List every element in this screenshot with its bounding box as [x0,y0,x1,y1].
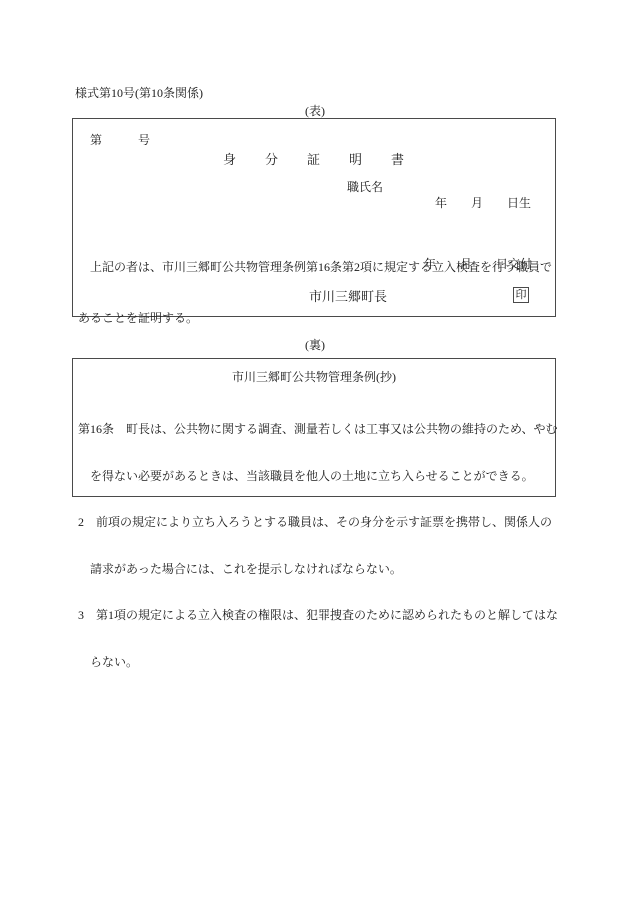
ordinance-line: 請求があった場合には、これを提示しなければならない。 [78,562,558,578]
back-side-mark: (裏) [0,338,630,353]
ordinance-text: 第16条 町長は、公共物に関する調査、測量若しくは工事又は公共物の維持のため、や… [78,391,558,701]
ordinance-line: 2 前項の規定により立ち入ろうとする職員は、その身分を示す証票を携帯し、関係人の [78,515,558,531]
certificate-number-line: 第 号 [90,133,150,148]
job-name-label: 職氏名 [347,180,383,195]
ordinance-line: らない。 [78,655,558,671]
birth-date-line: 年 月 日生 [435,196,531,211]
issue-date-line: 年 月 日交付 [424,257,532,272]
id-card-back: 市川三郷町公共物管理条例(抄) 第16条 町長は、公共物に関する調査、測量若しく… [72,358,556,497]
document-page: 様式第10号(第10条関係) (表) 第 号 身 分 証 明 書 職氏名 年 月… [0,0,630,915]
ordinance-line: 3 第1項の規定による立入検査の権限は、犯罪捜査のために認められたものと解しては… [78,608,558,624]
ordinance-line: 第16条 町長は、公共物に関する調査、測量若しくは工事又は公共物の維持のため、や… [78,422,558,438]
id-card-front: 第 号 身 分 証 明 書 職氏名 年 月 日生 上記の者は、市川三郷町公共物管… [72,118,556,317]
mayor-title-label: 市川三郷町長 [309,289,387,304]
front-side-mark: (表) [0,104,630,119]
form-number-label: 様式第10号(第10条関係) [75,86,203,101]
seal-mark: 印 [513,287,529,303]
ordinance-line: を得ない必要があるときは、当該職員を他人の土地に立ち入らせることができる。 [78,469,558,485]
certificate-title: 身 分 証 明 書 [73,152,555,167]
certification-line-2: あることを証明する。 [78,310,551,327]
ordinance-title: 市川三郷町公共物管理条例(抄) [73,370,555,385]
